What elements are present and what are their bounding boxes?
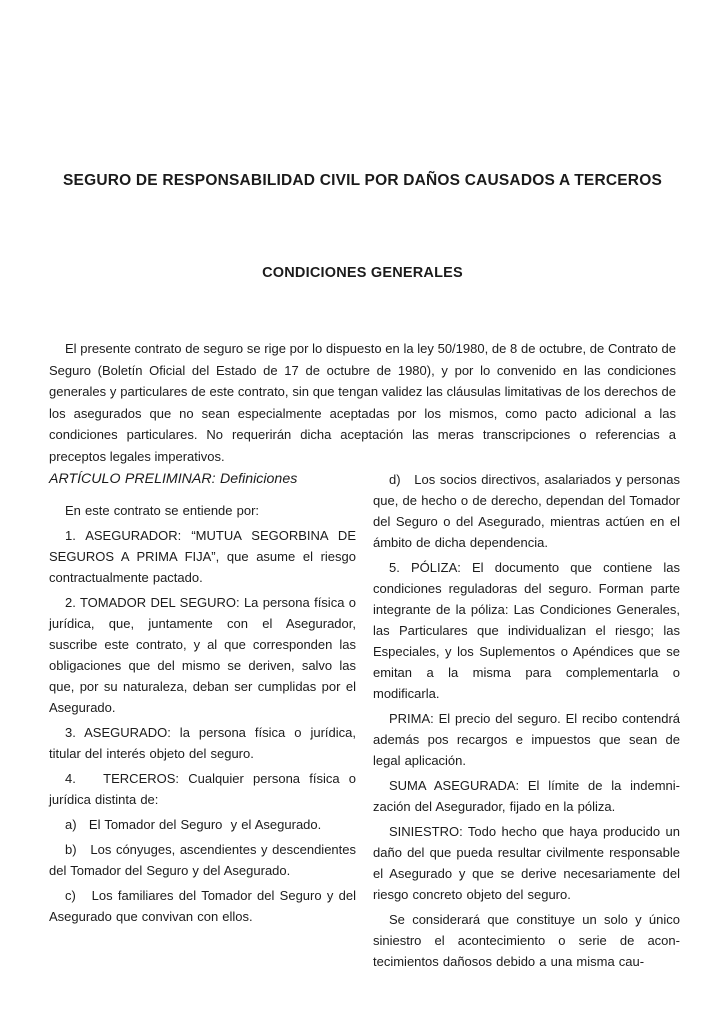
document-page: SEGURO DE RESPONSABILIDAD CIVIL POR DAÑO…: [0, 0, 725, 1024]
paragraph: SUMA ASEGURADA: El límite de la indemni­…: [373, 775, 680, 817]
right-column: d) Los socios directivos, asalariados y …: [373, 469, 680, 976]
intro-paragraph: El presente contrato de seguro se rige p…: [49, 338, 676, 468]
paragraph: Se considerará que constituye un solo y …: [373, 909, 680, 972]
paragraph: SINIESTRO: Todo hecho que haya produ­cid…: [373, 821, 680, 905]
page-subtitle: CONDICIONES GENERALES: [0, 265, 725, 281]
two-column-layout: ARTÍCULO PRELIMINAR: Definiciones En est…: [49, 469, 680, 976]
list-item-b: b) Los cónyuges, ascendientes y descen­d…: [49, 839, 356, 881]
list-item-a: a) El Tomador del Seguro y el Asegurado.: [49, 814, 356, 835]
paragraph: 5. PÓLIZA: El documento que contiene las…: [373, 557, 680, 704]
paragraph: 3. ASEGURADO: la persona física o jurídi…: [49, 722, 356, 764]
paragraph: PRIMA: El precio del seguro. El recibo c…: [373, 708, 680, 771]
paragraph: 2. TOMADOR DEL SEGURO: La persona física…: [49, 592, 356, 718]
left-column: ARTÍCULO PRELIMINAR: Definiciones En est…: [49, 469, 356, 976]
page-title: SEGURO DE RESPONSABILIDAD CIVIL POR DAÑO…: [0, 172, 725, 190]
paragraph: En este contrato se entiende por:: [49, 500, 356, 521]
paragraph: 1. ASEGURADOR: “MUTUA SEGORBINA DE SEGUR…: [49, 525, 356, 588]
list-item-d: d) Los socios directivos, asalariados y …: [373, 469, 680, 553]
list-item-c: c) Los familiares del Tomador del Seguro…: [49, 885, 356, 927]
article-preliminar-heading: ARTÍCULO PRELIMINAR: Definiciones: [49, 469, 356, 490]
paragraph: 4. TERCEROS: Cualquier persona física o …: [49, 768, 356, 810]
